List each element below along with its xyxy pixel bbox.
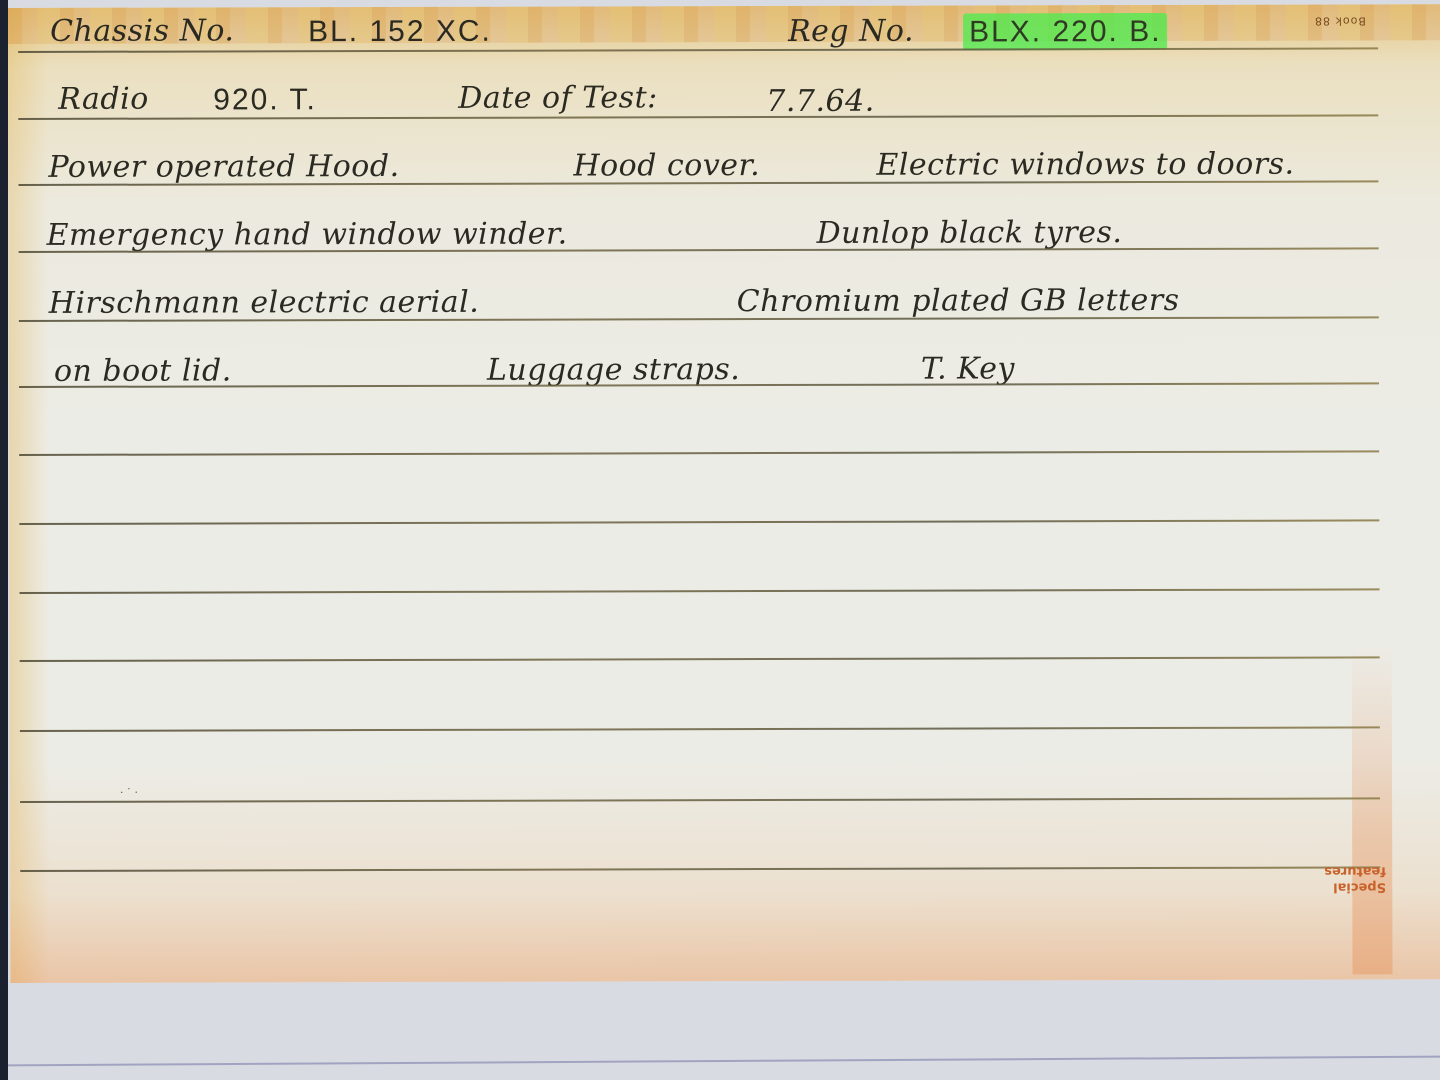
feature-text: T. Key: [921, 351, 1015, 386]
background-edge-line: [8, 1056, 1440, 1067]
ink-specks: · ˙ ·: [120, 788, 138, 799]
ruled-line: [19, 519, 1379, 525]
section-label-stamp: Special features: [1325, 862, 1387, 894]
ruled-line: [20, 588, 1380, 594]
feature-text: Hirschmann electric aerial.: [49, 285, 480, 321]
chassis-value: BL. 152 XC.: [308, 15, 492, 49]
test-date-value: 7.7.64.: [766, 84, 875, 119]
ruled-line: [20, 866, 1380, 872]
section-label-line: Special: [1325, 878, 1387, 894]
test-date-label: Date of Test:: [458, 80, 658, 116]
feature-text: on boot lid.: [54, 353, 232, 388]
ruled-line: [20, 656, 1380, 662]
stain: [1352, 644, 1393, 974]
feature-text: Chromium plated GB letters: [737, 283, 1180, 319]
photo-left-edge: [0, 0, 8, 1080]
section-label-line: features: [1325, 862, 1387, 878]
corner-reference: Book 88: [1314, 14, 1366, 27]
radio-label: Radio: [58, 82, 149, 117]
reg-label: Reg No.: [788, 14, 914, 49]
radio-value: 920. T.: [213, 83, 317, 117]
record-card: Book 88 Chassis No. BL. 152 XC. Reg No. …: [8, 4, 1440, 983]
feature-text: Electric windows to doors.: [876, 147, 1294, 183]
chassis-label: Chassis No.: [50, 13, 234, 48]
feature-text: Dunlop black tyres.: [817, 215, 1123, 251]
feature-text: Emergency hand window winder.: [47, 217, 568, 253]
ruled-line: [20, 726, 1380, 732]
ruled-line: [20, 797, 1380, 803]
reg-value-highlight: BLX. 220. B.: [963, 13, 1168, 51]
ruled-line: [19, 450, 1379, 456]
feature-text: Hood cover.: [573, 148, 760, 183]
reg-value: BLX. 220. B.: [963, 15, 1168, 50]
feature-text: Power operated Hood.: [48, 149, 399, 185]
feature-text: Luggage straps.: [487, 352, 740, 388]
